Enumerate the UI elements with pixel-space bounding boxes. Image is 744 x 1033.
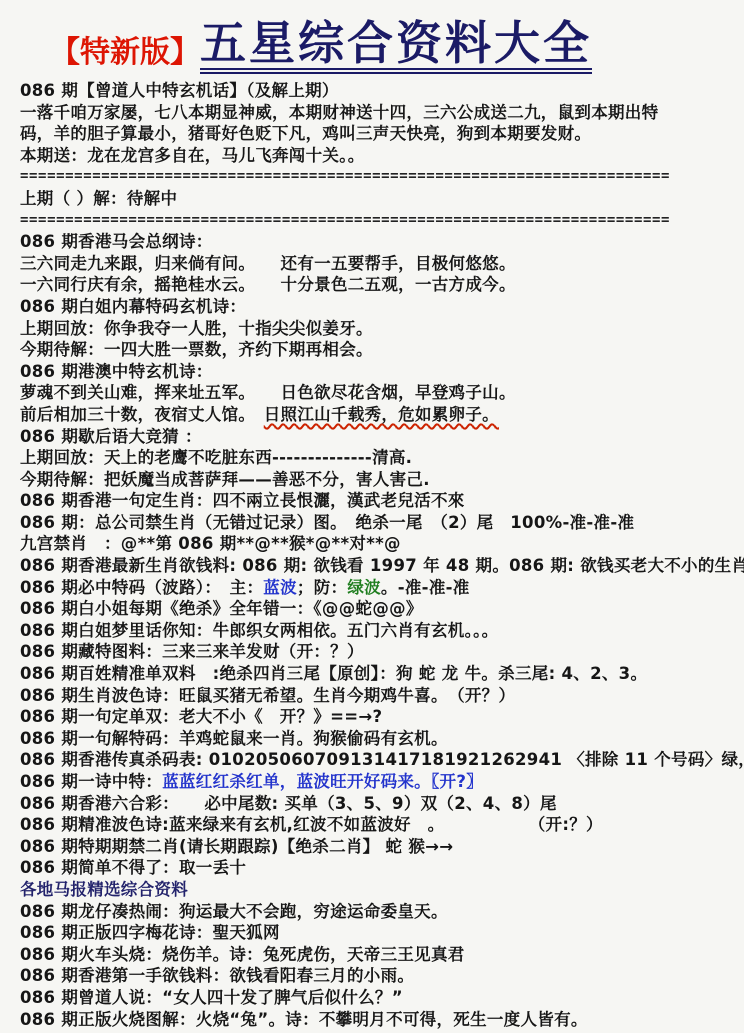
- text-segment: 086 期【曾道人中特玄机话】（及解上期）: [20, 81, 339, 100]
- content-line: 086 期必中特码（波路）： 主：蓝波；防：绿波。-准-准-准: [20, 577, 734, 599]
- content-line: 码，羊的胆子算最小，猪哥好色贬下凡，鸡叫三声天快亮，狗到本期要发财。: [20, 123, 734, 145]
- text-segment: 086 期歇后语大竞猜 ：: [20, 427, 202, 446]
- text-segment: 上期回放：你争我夺一人胜，十指尖尖似姜牙。: [20, 319, 373, 338]
- content-line: 今期待解：一四大胜一票数，齐约下期再相会。: [20, 339, 734, 361]
- separator-line: ========================================…: [20, 210, 734, 232]
- content-line: 萝魂不到关山难，挥来址五军。 日色欲尽花含烟，早登鸡子山。: [20, 382, 734, 404]
- content-line: 上期回放：你争我夺一人胜，十指尖尖似姜牙。: [20, 318, 734, 340]
- content-line: 086 期白小姐每期《绝杀》全年错一：《@@蛇@@》: [20, 598, 734, 620]
- text-segment: 今期待解：把妖魔当成菩萨拜——善恶不分，害人害己.: [20, 470, 430, 489]
- content-line: 086 期精准波色诗:蓝来绿来有玄机,红波不如蓝波好 。 （开:？）: [20, 814, 734, 836]
- text-segment: 九宫禁肖 ：@**第 086 期**@**猴*@**对**@: [20, 534, 401, 553]
- text-segment: 086 期香港最新生肖欲钱料: 086 期: 欲钱看 1997 年 48 期。0…: [20, 556, 744, 575]
- text-segment: 码，羊的胆子算最小，猪哥好色贬下凡，鸡叫三声天快亮，狗到本期要发财。: [20, 124, 591, 143]
- content-line: 086 期火车头烧：烧伤羊。诗：兔死虎伤，天帝三王见真君: [20, 944, 734, 966]
- text-segment: 蓝波: [263, 578, 297, 597]
- content-line: 086 期白姐梦里话你知：牛郎织女两相依。五门六肖有玄机。。。: [20, 620, 734, 642]
- text-segment: 086 期：总公司禁生肖（无错过记录）图。 绝杀一尾 （2）尾 100%-准-准…: [20, 513, 634, 532]
- text-segment: 三六同走九来跟，归来倘有问。 还有一五要帮手，目极何悠悠。: [20, 254, 516, 273]
- text-segment: 086 期香港一句定生肖：四不兩立長恨灑，漢武老兒活不來: [20, 491, 465, 510]
- text-segment: 蓝蓝红红杀红单，蓝波旺开好码来。〖开?〗: [162, 772, 483, 791]
- text-segment: 086 期白小姐每期《绝杀》全年错一：《@@蛇@@》: [20, 599, 423, 618]
- content-line: 086 期龙仔凑热闹：狗运最大不会跑，穷途运命委皇天。: [20, 901, 734, 923]
- text-segment: 今期待解：一四大胜一票数，齐约下期再相会。: [20, 340, 373, 359]
- content-line: 086 期一句定单双：老大不小《 开？》==→?: [20, 706, 734, 728]
- text-segment: 086 期百姓精准单双料 :绝杀四肖三尾【原创】：狗 蛇 龙 牛。杀三尾: 4、…: [20, 664, 647, 683]
- content-line: 前后相加三十数，夜宿丈人馆。 日照江山千载秀，危如累卵子。: [20, 404, 734, 426]
- text-segment: 086 期白姐内幕特码玄机诗：: [20, 297, 246, 316]
- content-line: 086 期曾道人说：“女人四十发了脾气后似什么？”: [20, 987, 734, 1009]
- text-segment: 一落千咱万家屡，七八本期显神威，本期财神送十四，三六公成送二九，鼠到本期出特: [20, 103, 658, 122]
- content-line: 086 期一句解特码：羊鸡蛇鼠来一肖。狗猴偷码有玄机。: [20, 728, 734, 750]
- page: 【特新版】 五星综合资料大全 086 期【曾道人中特玄机话】（及解上期）一落千咱…: [0, 0, 744, 1033]
- text-segment: 086 期一句解特码：羊鸡蛇鼠来一肖。狗猴偷码有玄机。: [20, 729, 448, 748]
- content-line: 086 期百姓精准单双料 :绝杀四肖三尾【原创】：狗 蛇 龙 牛。杀三尾: 4、…: [20, 663, 734, 685]
- content-line: 086 期白姐内幕特码玄机诗：: [20, 296, 734, 318]
- text-segment: 一六同行庆有余，摇艳桂水云。 十分景色二五观，一古方成今。: [20, 275, 516, 294]
- text-segment: 086 期一句定单双：老大不小《 开？》==→?: [20, 707, 382, 726]
- edition-badge: 【特新版】: [50, 38, 200, 74]
- text-segment: 086 期一诗中特：: [20, 772, 162, 791]
- content-line: 086 期【曾道人中特玄机话】（及解上期）: [20, 80, 734, 102]
- text-segment: 086 期香港传真杀码表: 01020506070913141718192126…: [20, 750, 744, 769]
- content-line: 上期回放：天上的老鹰不吃脏东西--------------清高.: [20, 447, 734, 469]
- text-segment: 各地马报精选综合资料: [20, 880, 188, 899]
- text-segment: 上期（ ）解：待解中: [20, 189, 177, 208]
- text-segment: 086 期香港第一手欲钱料：欲钱看阳春三月的小雨。: [20, 966, 414, 985]
- text-segment: 绿波: [347, 578, 381, 597]
- text-segment: 萝魂不到关山难，挥来址五军。 日色欲尽花含烟，早登鸡子山。: [20, 383, 516, 402]
- text-segment: 。-准-准-准: [381, 578, 470, 597]
- content-line: 086 期香港马会总纲诗：: [20, 231, 734, 253]
- page-header: 【特新版】 五星综合资料大全: [0, 0, 744, 74]
- text-segment: 086 期正版火烧图解：火烧“兔”。诗：不攀明月不可得，死生一度人皆有。: [20, 1010, 588, 1029]
- text-segment: 086 期香港六合彩： 必中尾数: 买单（3、5、9）双（2、4、8）尾: [20, 794, 557, 813]
- content-line: 一六同行庆有余，摇艳桂水云。 十分景色二五观，一古方成今。: [20, 274, 734, 296]
- content-line: 086 期香港一句定生肖：四不兩立長恨灑，漢武老兒活不來: [20, 490, 734, 512]
- text-segment: 086 期港澳中特玄机诗：: [20, 362, 213, 381]
- content-line: 086 期港澳中特玄机诗：: [20, 361, 734, 383]
- content-line: 086 期香港传真杀码表: 01020506070913141718192126…: [20, 749, 734, 771]
- text-segment: 086 期正版四字梅花诗：聖天狐网: [20, 923, 280, 942]
- content: 086 期【曾道人中特玄机话】（及解上期）一落千咱万家屡，七八本期显神威，本期财…: [0, 74, 744, 1030]
- text-segment: 086 期香港马会总纲诗：: [20, 232, 213, 251]
- text-segment: 086 期简单不得了：取一丢十: [20, 858, 246, 877]
- text-segment: ；防：: [297, 578, 347, 597]
- content-line: 086 期藏特图料：三来三来羊发财（开：？）: [20, 641, 734, 663]
- content-line: 086 期：总公司禁生肖（无错过记录）图。 绝杀一尾 （2）尾 100%-准-准…: [20, 512, 734, 534]
- content-line: 086 期简单不得了：取一丢十: [20, 857, 734, 879]
- content-line: 086 期生肖波色诗：旺鼠买猪无希望。生肖今期鸡牛喜。 （开？）: [20, 685, 734, 707]
- content-line: 086 期一诗中特：蓝蓝红红杀红单，蓝波旺开好码来。〖开?〗: [20, 771, 734, 793]
- text-segment: 日照江山千载秀，危如累卵子。: [264, 405, 499, 424]
- content-line: 086 期歇后语大竞猜 ：: [20, 426, 734, 448]
- content-line: 086 期特期期禁二肖(请长期跟踪)【绝杀二肖】 蛇 猴→→: [20, 836, 734, 858]
- content-line: 一落千咱万家屡，七八本期显神威，本期财神送十四，三六公成送二九，鼠到本期出特: [20, 102, 734, 124]
- content-line: 九宫禁肖 ：@**第 086 期**@**猴*@**对**@: [20, 533, 734, 555]
- text-segment: 086 期生肖波色诗：旺鼠买猪无希望。生肖今期鸡牛喜。 （开？）: [20, 686, 515, 705]
- content-line: 本期送：龙在龙宫多自在，马儿飞奔闯十关。。: [20, 145, 734, 167]
- text-segment: 086 期火车头烧：烧伤羊。诗：兔死虎伤，天帝三王见真君: [20, 945, 465, 964]
- content-line: 086 期香港六合彩： 必中尾数: 买单（3、5、9）双（2、4、8）尾: [20, 793, 734, 815]
- content-line: 086 期正版火烧图解：火烧“兔”。诗：不攀明月不可得，死生一度人皆有。: [20, 1009, 734, 1031]
- text-segment: 086 期精准波色诗:蓝来绿来有玄机,红波不如蓝波好 。 （开:？）: [20, 815, 603, 834]
- content-line: 各地马报精选综合资料: [20, 879, 734, 901]
- text-segment: 086 期白姐梦里话你知：牛郎织女两相依。五门六肖有玄机。。。: [20, 621, 499, 640]
- content-line: 086 期正版四字梅花诗：聖天狐网: [20, 922, 734, 944]
- content-line: 086 期香港最新生肖欲钱料: 086 期: 欲钱看 1997 年 48 期。0…: [20, 555, 734, 577]
- content-line: 上期（ ）解：待解中: [20, 188, 734, 210]
- text-segment: 086 期特期期禁二肖(请长期跟踪)【绝杀二肖】 蛇 猴→→: [20, 837, 453, 856]
- text-segment: 086 期藏特图料：三来三来羊发财（开：？）: [20, 642, 364, 661]
- content-line: 086 期香港第一手欲钱料：欲钱看阳春三月的小雨。: [20, 965, 734, 987]
- content-line: 今期待解：把妖魔当成菩萨拜——善恶不分，害人害己.: [20, 469, 734, 491]
- text-segment: 086 期龙仔凑热闹：狗运最大不会跑，穷途运命委皇天。: [20, 902, 448, 921]
- content-line: 三六同走九来跟，归来倘有问。 还有一五要帮手，目极何悠悠。: [20, 253, 734, 275]
- separator-line: ========================================…: [20, 166, 734, 188]
- text-segment: 086 期曾道人说：“女人四十发了脾气后似什么？”: [20, 988, 403, 1007]
- page-title: 五星综合资料大全: [200, 20, 592, 74]
- text-segment: 086 期必中特码（波路）： 主：: [20, 578, 263, 597]
- text-segment: 前后相加三十数，夜宿丈人馆。: [20, 405, 264, 424]
- text-segment: 本期送：龙在龙宫多自在，马儿飞奔闯十关。。: [20, 146, 365, 165]
- text-segment: 上期回放：天上的老鹰不吃脏东西--------------清高.: [20, 448, 412, 467]
